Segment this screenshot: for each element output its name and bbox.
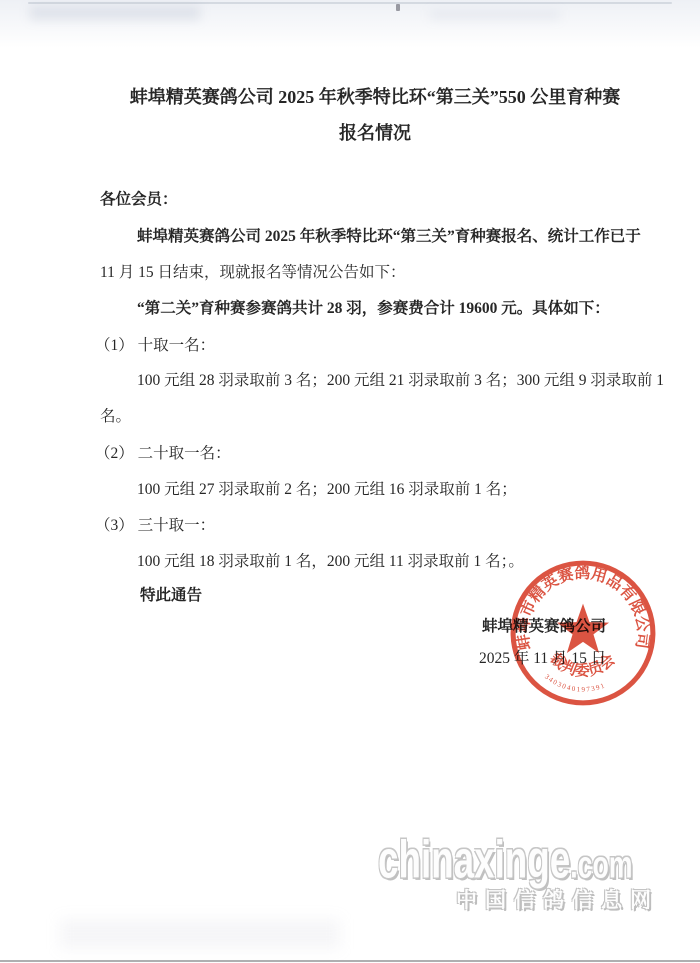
company-seal-stamp: 蚌埠市精英赛鸽用品有限公司 裁判委员会 3403040197391 bbox=[505, 555, 661, 711]
item1-detail-line2: 名。 bbox=[100, 406, 131, 428]
paragraph2-summary: “第二关”育种赛参赛鸽共计 28 羽，参赛费合计 19600 元。具体如下： bbox=[137, 298, 610, 320]
item3-heading: （3） 三十取一： bbox=[95, 515, 215, 537]
item2-detail: 100 元组 27 羽录取前 2 名；200 元组 16 羽录取前 1 名； bbox=[137, 479, 517, 501]
item3-detail: 100 元组 18 羽录取前 1 名，200 元组 11 羽录取前 1 名；。 bbox=[137, 551, 524, 573]
scan-artifact-smudge bbox=[30, 6, 200, 20]
scan-artifact-smudge bbox=[60, 919, 340, 949]
item2-heading: （2） 二十取一名： bbox=[95, 443, 231, 465]
scan-artifact-smudge bbox=[430, 10, 560, 20]
scan-artifact-speck bbox=[396, 4, 400, 11]
document-title-line1: 蚌埠精英赛鸽公司 2025 年秋季特比环“第三关”550 公里育种赛 bbox=[50, 83, 700, 109]
watermark-site-name: chinaxinge bbox=[378, 831, 570, 889]
seal-bottom-text: 裁判委员会 bbox=[546, 649, 618, 679]
paragraph1-line2: 11 月 15 日结束，现就报名等情况公告如下： bbox=[100, 262, 406, 284]
watermark-chinese-name: 中国信鸽信息网 bbox=[456, 884, 659, 914]
document-title-line2: 报名情况 bbox=[50, 119, 700, 145]
scanned-document-page: 蚌埠精英赛鸽公司 2025 年秋季特比环“第三关”550 公里育种赛 报名情况 … bbox=[0, 0, 700, 963]
item1-heading: （1） 十取一名： bbox=[95, 335, 215, 357]
site-watermark: chinaxinge.com 中国信鸽信息网 bbox=[378, 834, 678, 878]
seal-star-icon bbox=[557, 604, 609, 653]
paragraph1-line1: 蚌埠精英赛鸽公司 2025 年秋季特比环“第三关”育种赛报名、统计工作已于 bbox=[137, 226, 641, 248]
scan-artifact-bottom-line bbox=[0, 960, 700, 962]
salutation-line: 各位会员： bbox=[100, 189, 178, 211]
item1-detail-line1: 100 元组 28 羽录取前 3 名；200 元组 21 羽录取前 3 名；30… bbox=[137, 370, 664, 392]
watermark-tld: .com bbox=[570, 845, 632, 887]
scan-artifact-top-line bbox=[28, 2, 672, 4]
closing-notice: 特此通告 bbox=[140, 585, 202, 607]
